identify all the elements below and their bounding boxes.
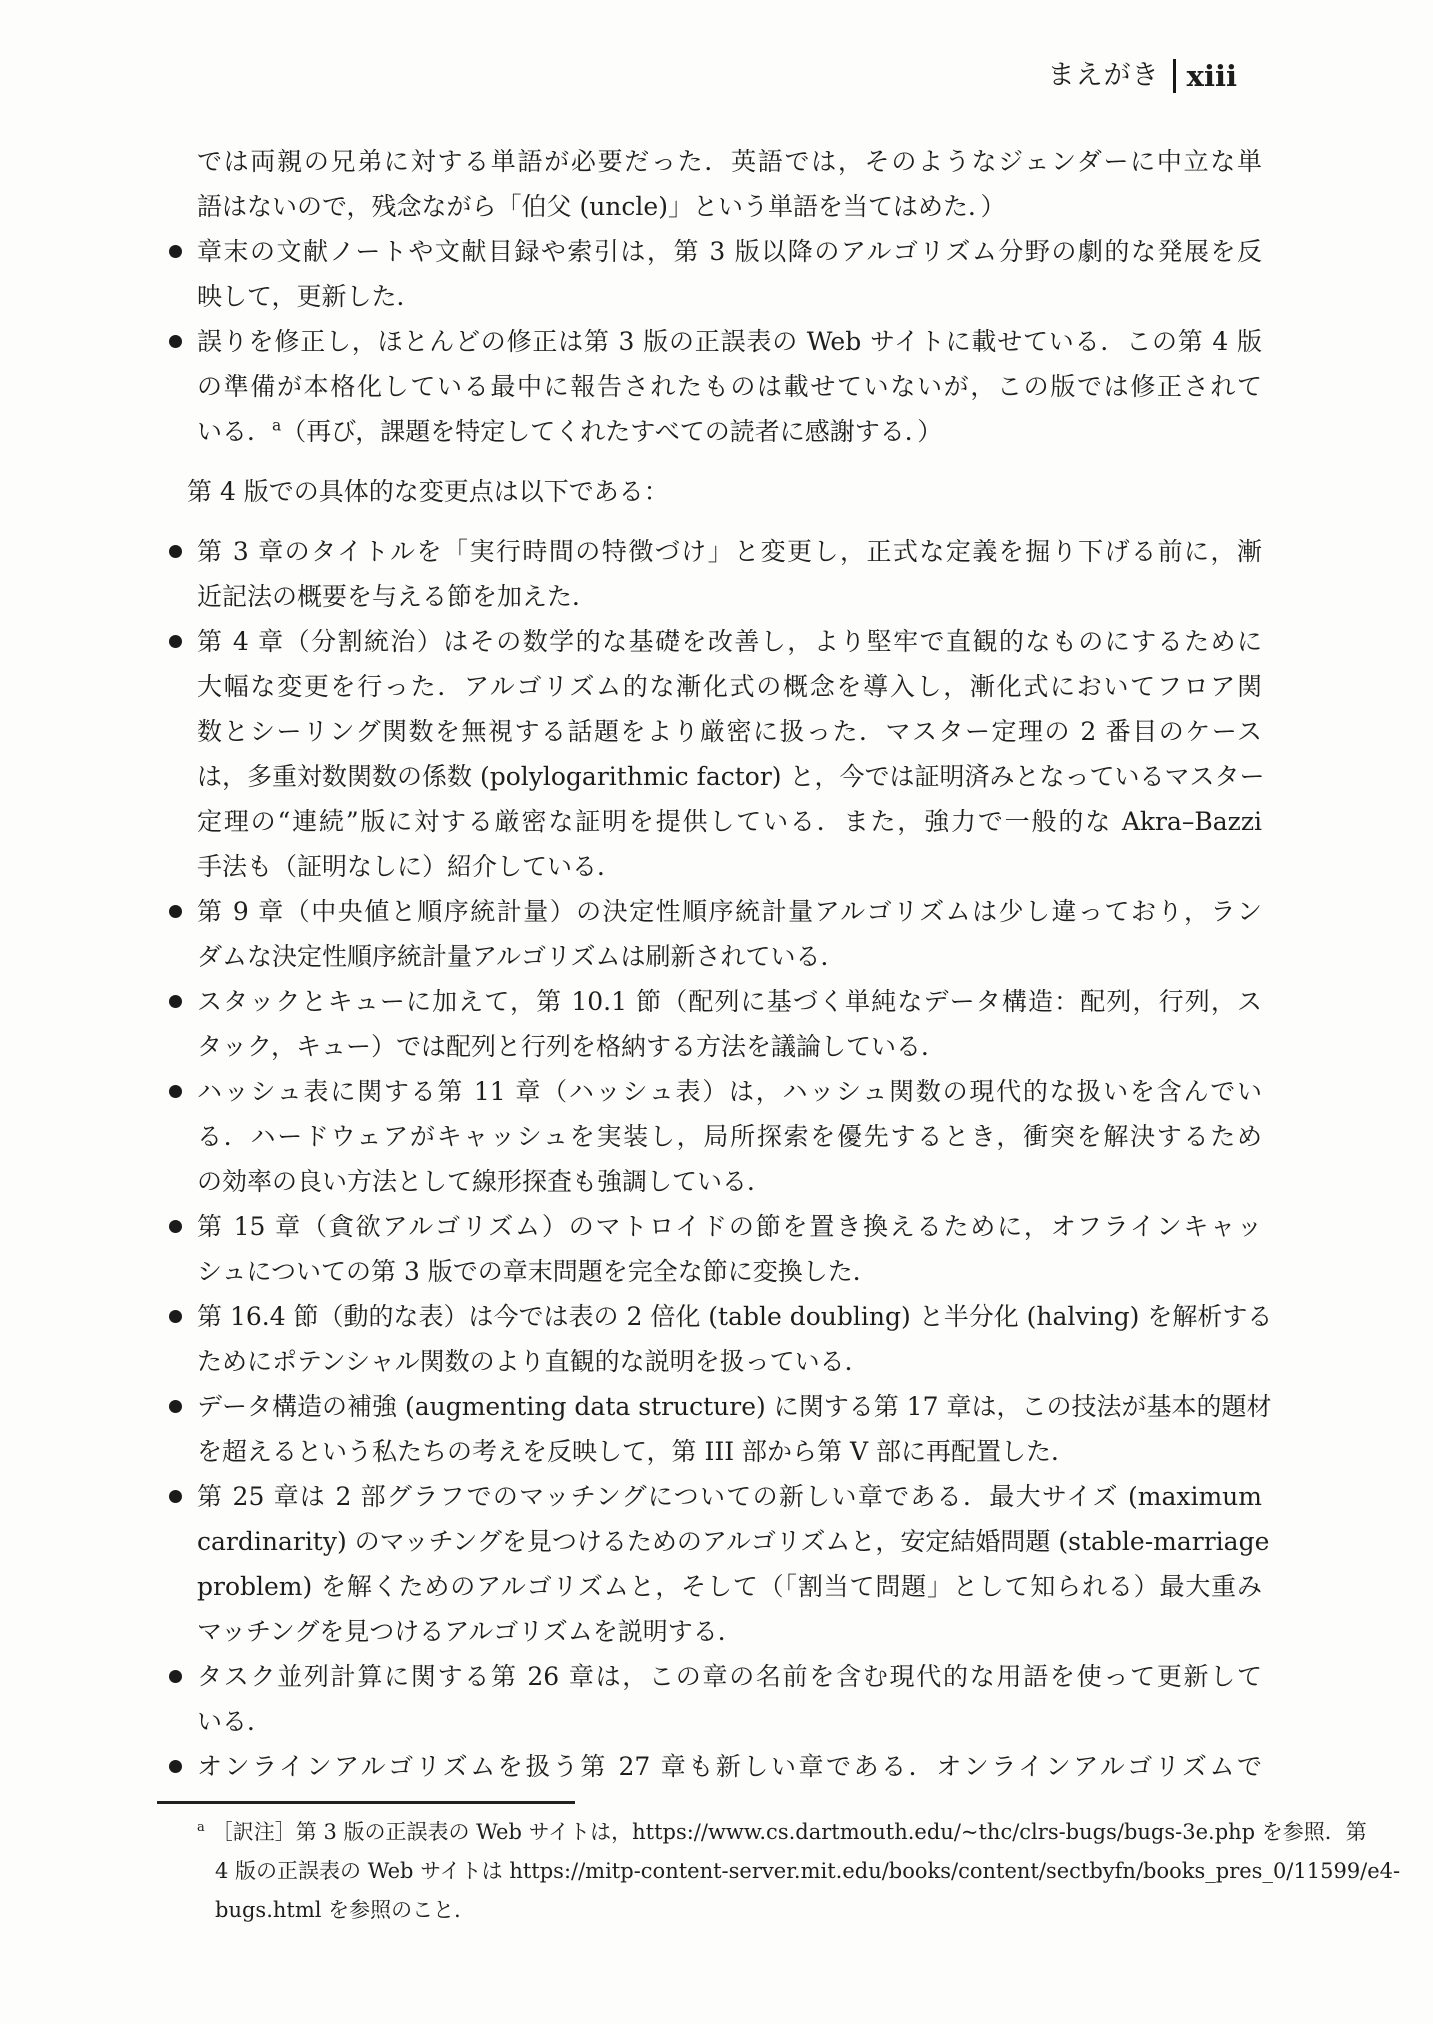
text-line: いる． <box>197 1699 1262 1744</box>
text-line: いる．a（再び，課題を特定してくれたすべての読者に感謝する．） <box>197 409 1262 454</box>
header-divider <box>1173 59 1176 93</box>
text-line: シュについての第 3 版での章末問題を完全な節に変換した． <box>197 1249 1262 1294</box>
chapter-title: まえがき <box>1048 56 1160 96</box>
bullet-item: ハッシュ表に関する第 11 章（ハッシュ表）は，ハッシュ関数の現代的な扱いを含ん… <box>197 1069 1262 1204</box>
text-line: 語はないので，残念ながら「伯父 (uncle)」という単語を当てはめた．） <box>197 184 1262 229</box>
text-line: 定理の“連続”版に対する厳密な証明を提供している．また，強力で一般的な Akra… <box>197 799 1262 844</box>
text-line: を超えるという私たちの考えを反映して，第 III 部から第 V 部に再配置した． <box>197 1429 1262 1474</box>
text-line: 第 15 章（貪欲アルゴリズム）のマトロイドの節を置き換えるために，オフラインキ… <box>197 1204 1262 1249</box>
bullet-item: タスク並列計算に関する第 26 章は，この章の名前を含む現代的な用語を使って更新… <box>197 1654 1262 1744</box>
bullet-item: 誤りを修正し，ほとんどの修正は第 3 版の正誤表の Web サイトに載せている．… <box>197 319 1262 454</box>
text-line: スタックとキューに加えて，第 10.1 節（配列に基づく単純なデータ構造：配列，… <box>197 979 1262 1024</box>
text-line: 手法も（証明なしに）紹介している． <box>197 844 1262 889</box>
bullet-item: 第 15 章（貪欲アルゴリズム）のマトロイドの節を置き換えるために，オフラインキ… <box>197 1204 1262 1294</box>
bullet-item: 第 16.4 節（動的な表）は今では表の 2 倍化 (table doublin… <box>197 1294 1262 1384</box>
text-line: bugs.html を参照のこと． <box>157 1891 1262 1930</box>
text-line: マッチングを見つけるアルゴリズムを説明する． <box>197 1609 1262 1654</box>
text-line: 誤りを修正し，ほとんどの修正は第 3 版の正誤表の Web サイトに載せている．… <box>197 319 1262 364</box>
text-line: タスク並列計算に関する第 26 章は，この章の名前を含む現代的な用語を使って更新… <box>197 1654 1262 1699</box>
footnote-rule <box>157 1801 575 1804</box>
text-segment: いる． <box>197 417 272 446</box>
text-line: の準備が本格化している最中に報告されたものは載せていないが，この版では修正されて <box>197 364 1262 409</box>
text-line: ためにポテンシャル関数のより直観的な説明を扱っている． <box>197 1339 1262 1384</box>
errata-bullet-list: 章末の文献ノートや文献目録や索引は，第 3 版以降のアルゴリズム分野の劇的な発展… <box>197 229 1262 454</box>
footnote: a［訳注］第 3 版の正誤表の Web サイトは，https://www.cs.… <box>157 1801 1262 1930</box>
footnote-marker: a <box>197 1820 205 1835</box>
text-segment: ［訳注］第 3 版の正誤表の Web サイトは，https://www.cs.d… <box>212 1820 1367 1844</box>
text-line: 第 4 章（分割統治）はその数学的な基礎を改善し，より堅牢で直観的なものにするた… <box>197 619 1262 664</box>
book-page: まえがき xiii では両親の兄弟に対する単語が必要だった．英語では，そのような… <box>0 0 1433 2024</box>
text-line: オンラインアルゴリズムを扱う第 27 章も新しい章である．オンラインアルゴリズム… <box>197 1744 1262 1789</box>
text-line: の効率の良い方法として線形探査も強調している． <box>197 1159 1262 1204</box>
text-line: 大幅な変更を行った．アルゴリズム的な漸化式の概念を導入し，漸化式においてフロア関 <box>197 664 1262 709</box>
text-line: ハッシュ表に関する第 11 章（ハッシュ表）は，ハッシュ関数の現代的な扱いを含ん… <box>197 1069 1262 1114</box>
running-header: まえがき xiii <box>1048 56 1237 96</box>
text-line: 第 16.4 節（動的な表）は今では表の 2 倍化 (table doublin… <box>197 1294 1262 1339</box>
text-line: 近記法の概要を与える節を加えた． <box>197 574 1262 619</box>
text-line: データ構造の補強 (augmenting data structure) に関す… <box>197 1384 1262 1429</box>
text-line: a［訳注］第 3 版の正誤表の Web サイトは，https://www.cs.… <box>157 1813 1262 1852</box>
footnote-text: a［訳注］第 3 版の正誤表の Web サイトは，https://www.cs.… <box>157 1813 1262 1930</box>
text-line: 映して，更新した． <box>197 274 1262 319</box>
text-line: ダムな決定性順序統計量アルゴリズムは刷新されている． <box>197 934 1262 979</box>
bullet-item: データ構造の補強 (augmenting data structure) に関す… <box>197 1384 1262 1474</box>
bullet-item: 章末の文献ノートや文献目録や索引は，第 3 版以降のアルゴリズム分野の劇的な発展… <box>197 229 1262 319</box>
bullet-item: 第 9 章（中央値と順序統計量）の決定性順序統計量アルゴリズムは少し違っており，… <box>197 889 1262 979</box>
paragraph-continuation: では両親の兄弟に対する単語が必要だった．英語では，そのようなジェンダーに中立な単… <box>197 139 1262 229</box>
text-line: では両親の兄弟に対する単語が必要だった．英語では，そのようなジェンダーに中立な単 <box>197 139 1262 184</box>
bullet-item: 第 3 章のタイトルを「実行時間の特徴づけ」と変更し，正式な定義を掘り下げる前に… <box>197 529 1262 619</box>
text-line: 第 3 章のタイトルを「実行時間の特徴づけ」と変更し，正式な定義を掘り下げる前に… <box>197 529 1262 574</box>
text-line: は，多重対数関数の係数 (polylogarithmic factor) と，今… <box>197 754 1262 799</box>
section-intro: 第 4 版での具体的な変更点は以下である： <box>187 469 1262 514</box>
text-line: る．ハードウェアがキャッシュを実装し，局所探索を優先するとき，衝突を解決するため <box>197 1114 1262 1159</box>
text-line: 章末の文献ノートや文献目録や索引は，第 3 版以降のアルゴリズム分野の劇的な発展… <box>197 229 1262 274</box>
text-column: では両親の兄弟に対する単語が必要だった．英語では，そのようなジェンダーに中立な単… <box>197 139 1262 1789</box>
bullet-item: オンラインアルゴリズムを扱う第 27 章も新しい章である．オンラインアルゴリズム… <box>197 1744 1262 1789</box>
text-line: cardinarity) のマッチングを見つけるためのアルゴリズムと，安定結婚問… <box>197 1519 1262 1564</box>
changes-bullet-list: 第 3 章のタイトルを「実行時間の特徴づけ」と変更し，正式な定義を掘り下げる前に… <box>197 529 1262 1789</box>
text-line: 第 25 章は 2 部グラフでのマッチングについての新しい章である．最大サイズ … <box>197 1474 1262 1519</box>
bullet-item: 第 25 章は 2 部グラフでのマッチングについての新しい章である．最大サイズ … <box>197 1474 1262 1654</box>
text-line: 第 9 章（中央値と順序統計量）の決定性順序統計量アルゴリズムは少し違っており，… <box>197 889 1262 934</box>
bullet-item: 第 4 章（分割統治）はその数学的な基礎を改善し，より堅牢で直観的なものにするた… <box>197 619 1262 889</box>
text-line: problem) を解くためのアルゴリズムと，そして（「割当て問題」として知られ… <box>197 1564 1262 1609</box>
footnote-marker: a <box>272 417 281 435</box>
text-line: 4 版の正誤表の Web サイトは https://mitp-content-s… <box>157 1852 1262 1891</box>
text-line: タック，キュー）では配列と行列を格納する方法を議論している． <box>197 1024 1262 1069</box>
text-segment: （再び，課題を特定してくれたすべての読者に感謝する．） <box>281 417 942 446</box>
text-line: 数とシーリング関数を無視する話題をより厳密に扱った．マスター定理の 2 番目のケ… <box>197 709 1262 754</box>
page-number: xiii <box>1187 56 1237 96</box>
bullet-item: スタックとキューに加えて，第 10.1 節（配列に基づく単純なデータ構造：配列，… <box>197 979 1262 1069</box>
